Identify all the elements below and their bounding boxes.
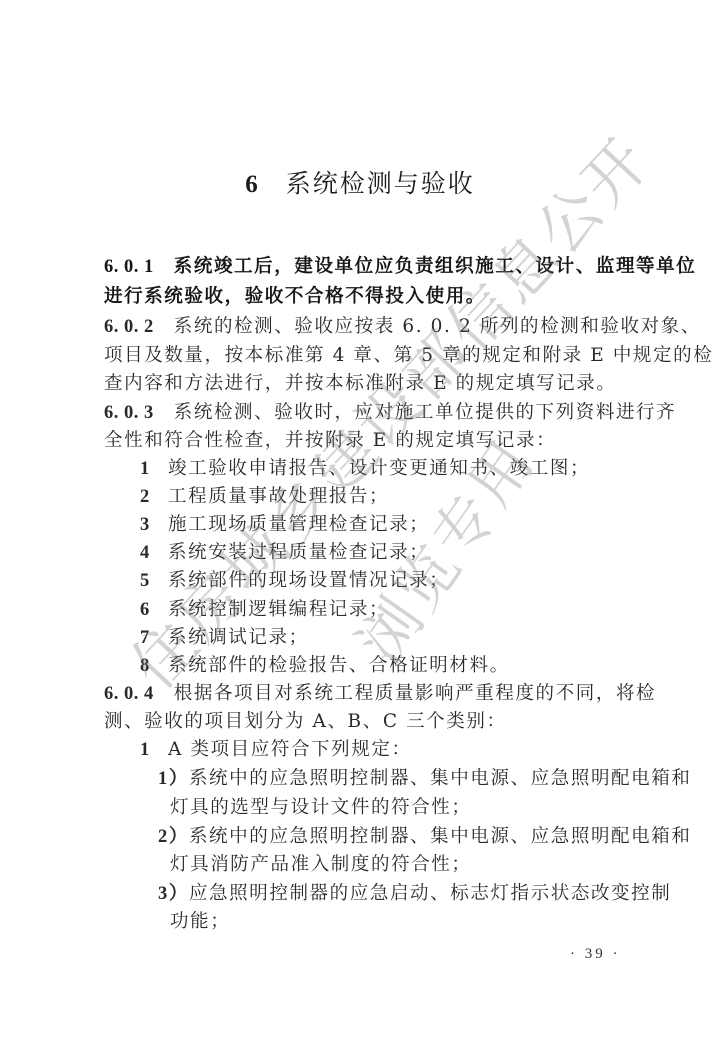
page-number: · 39 · — [570, 946, 621, 963]
sub-item-continuation: 灯具消防产品准入制度的符合性； — [170, 851, 700, 879]
clause-6-0-3-line-1: 6. 0. 3系统检测、验收时，应对施工单位提供的下列资料进行齐 — [104, 399, 634, 427]
item-text: 系统调试记录； — [168, 627, 309, 648]
sub-item-text: 系统中的应急照明控制器、集中电源、应急照明配电箱和 — [189, 826, 692, 847]
sub-item-continuation: 功能； — [170, 908, 700, 936]
clause-text: 系统的检测、验收应按表 6. 0. 2 所列的检测和验收对象、 — [174, 316, 701, 337]
document-page: 6系统检测与验收 6. 0. 1系统竣工后，建设单位应负责组织施工、设计、监理等… — [0, 0, 720, 1043]
chapter-title: 6系统检测与验收 — [0, 164, 720, 200]
sub-item: 3）应急照明控制器的应急启动、标志灯指示状态改变控制 — [158, 880, 688, 908]
item-number: 1 — [140, 736, 168, 764]
item-text: 工程质量事故处理报告； — [168, 486, 389, 507]
item-number: 5 — [140, 567, 168, 595]
list-item: 2工程质量事故处理报告； — [140, 483, 670, 511]
clause-number: 6. 0. 1 — [104, 257, 154, 277]
item-number: 4 — [140, 539, 168, 567]
sub-item-continuation: 灯具的选型与设计文件的符合性； — [170, 794, 700, 822]
chapter-title-text: 系统检测与验收 — [286, 169, 475, 198]
item-text: 系统控制逻辑编程记录； — [168, 599, 389, 620]
clause-text: 系统检测、验收时，应对施工单位提供的下列资料进行齐 — [174, 402, 677, 423]
item-number: 2 — [140, 483, 168, 511]
clause-text: 系统竣工后，建设单位应负责组织施工、设计、监理等单位 — [174, 256, 697, 277]
sub-item-number: 3） — [158, 884, 189, 904]
clause-6-0-2-line-1: 6. 0. 2系统的检测、验收应按表 6. 0. 2 所列的检测和验收对象、 — [104, 313, 634, 341]
item-number: 3 — [140, 511, 168, 539]
item-number: 7 — [140, 624, 168, 652]
list-item: 7系统调试记录； — [140, 624, 670, 652]
sub-item-number: 1） — [158, 769, 189, 789]
clause-number: 6. 0. 4 — [104, 684, 154, 704]
list-item: 8系统部件的检验报告、合格证明材料。 — [140, 652, 670, 680]
clause-number: 6. 0. 3 — [104, 403, 154, 423]
sub-item-text: 系统中的应急照明控制器、集中电源、应急照明配电箱和 — [189, 768, 692, 789]
item-text: A 类项目应符合下列规定： — [168, 739, 412, 760]
item-number: 8 — [140, 652, 168, 680]
item-text: 施工现场质量管理检查记录； — [168, 514, 429, 535]
clause-6-0-2-line-2: 项目及数量，按本标准第 4 章、第 5 章的规定和附录 E 中规定的检 — [104, 342, 634, 370]
chapter-number: 6 — [245, 171, 260, 198]
sub-item-number: 2） — [158, 827, 189, 847]
item-text: 系统部件的检验报告、合格证明材料。 — [168, 655, 510, 676]
item-text: 系统部件的现场设置情况记录； — [168, 570, 449, 591]
item-number: 6 — [140, 596, 168, 624]
list-item: 6系统控制逻辑编程记录； — [140, 596, 670, 624]
list-item: 1A 类项目应符合下列规定： — [140, 736, 670, 764]
list-item: 4系统安装过程质量检查记录； — [140, 539, 670, 567]
sub-item-text: 应急照明控制器的应急启动、标志灯指示状态改变控制 — [189, 883, 671, 904]
sub-item: 2）系统中的应急照明控制器、集中电源、应急照明配电箱和 — [158, 823, 688, 851]
clause-number: 6. 0. 2 — [104, 317, 154, 337]
item-text: 系统安装过程质量检查记录； — [168, 542, 429, 563]
sub-item: 1）系统中的应急照明控制器、集中电源、应急照明配电箱和 — [158, 765, 688, 793]
clause-6-0-3-line-2: 全性和符合性检查，并按附录 E 的规定填写记录： — [104, 427, 634, 455]
clause-6-0-1-line-2: 进行系统验收，验收不合格不得投入使用。 — [104, 283, 634, 311]
item-text: 竣工验收申请报告、设计变更通知书、竣工图； — [168, 458, 590, 479]
clause-6-0-4-line-2: 测、验收的项目划分为 A、B、C 三个类别： — [104, 708, 634, 736]
item-number: 1 — [140, 455, 168, 483]
clause-6-0-4-line-1: 6. 0. 4根据各项目对系统工程质量影响严重程度的不同，将检 — [104, 680, 634, 708]
clause-text: 根据各项目对系统工程质量影响严重程度的不同，将检 — [174, 683, 656, 704]
clause-6-0-2-line-3: 查内容和方法进行，并按本标准附录 E 的规定填写记录。 — [104, 370, 634, 398]
list-item: 5系统部件的现场设置情况记录； — [140, 567, 670, 595]
list-item: 3施工现场质量管理检查记录； — [140, 511, 670, 539]
clause-6-0-1-line-1: 6. 0. 1系统竣工后，建设单位应负责组织施工、设计、监理等单位 — [104, 253, 634, 281]
list-item: 1竣工验收申请报告、设计变更通知书、竣工图； — [140, 455, 670, 483]
